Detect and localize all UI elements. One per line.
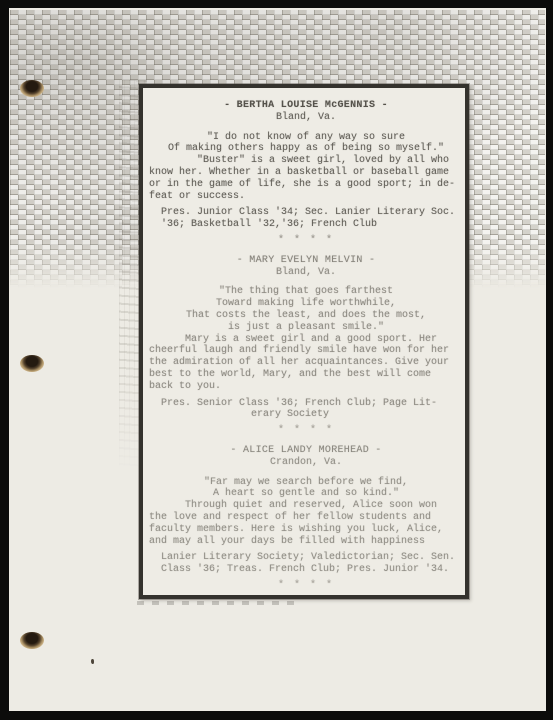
punch-hole-middle [20,355,44,372]
entry-quote: "I do not know of any way so sure Of mak… [149,132,463,156]
entry-location: Bland, Va. [149,267,463,279]
punch-hole-bottom [20,632,44,649]
scanned-album-page: - BERTHA LOUISE McGENNIS - Bland, Va. "I… [0,0,553,720]
yearbook-page-frame: - BERTHA LOUISE McGENNIS - Bland, Va. "I… [139,84,469,599]
punch-hole-top [20,80,44,97]
entry-body: "Buster" is a sweet girl, loved by all w… [149,155,463,202]
frame-bottom-smudge [137,601,297,605]
entry-location: Bland, Va. [149,112,463,124]
entry-quote: "The thing that goes farthest Toward mak… [149,286,463,333]
yearbook-page-content: - BERTHA LOUISE McGENNIS - Bland, Va. "I… [143,88,465,595]
yearbook-entry: - BERTHA LOUISE McGENNIS - Bland, Va. "I… [149,100,463,247]
entry-activities: Pres. Junior Class '34; Sec. Lanier Lite… [149,207,463,231]
entry-body: Mary is a sweet girl and a good sport. H… [149,334,463,393]
entry-name-title: - MARY EVELYN MELVIN - [149,255,463,267]
album-paper: - BERTHA LOUISE McGENNIS - Bland, Va. "I… [9,8,546,711]
entry-separator: * * * * [149,580,463,592]
yearbook-entry: - MARY EVELYN MELVIN - Bland, Va. "The t… [149,255,463,437]
yearbook-entry: - ALICE LANDY MOREHEAD - Crandon, Va. "F… [149,445,463,592]
entry-quote: "Far may we search before we find, A hea… [149,477,463,501]
entry-body: Through quiet and reserved, Alice soon w… [149,500,463,547]
entry-location: Crandon, Va. [149,457,463,469]
entry-activities: Pres. Senior Class '36; French Club; Pag… [149,398,463,422]
ink-speck [91,659,94,664]
entry-separator: * * * * [149,235,463,247]
entry-activities: Lanier Literary Society; Valedictorian; … [149,552,463,576]
entry-separator: * * * * [149,425,463,437]
entry-name-title: - BERTHA LOUISE McGENNIS - [149,100,463,112]
entry-name-title: - ALICE LANDY MOREHEAD - [149,445,463,457]
